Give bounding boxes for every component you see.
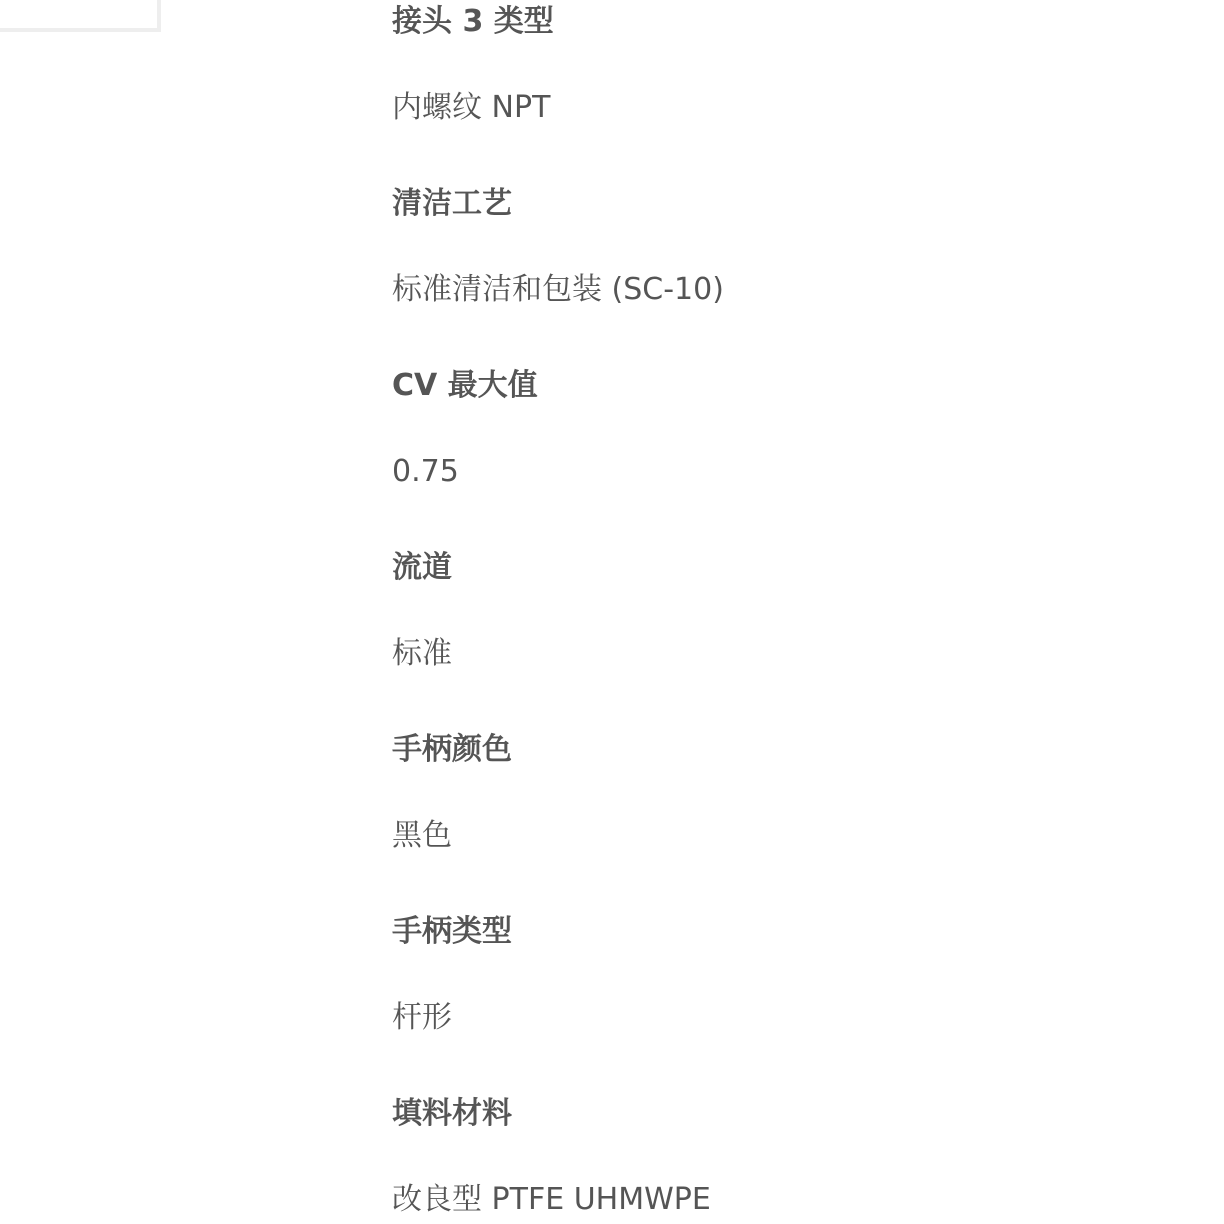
spec-value-cv-max: 0.75 [392,452,459,492]
spec-label-cv-max: CV 最大值 [392,366,538,406]
spec-label-handle-type: 手柄类型 [392,912,512,952]
spec-value-handle-type: 杆形 [392,998,452,1038]
spec-value-port3-type: 内螺纹 NPT [392,88,550,128]
spec-value-cleaning-process: 标准清洁和包装 (SC-10) [392,270,724,310]
spec-label-port3-type: 接头 3 类型 [392,2,554,42]
spec-value-handle-color: 黑色 [392,816,452,856]
spec-label-packing-material: 填料材料 [392,1094,512,1134]
spec-label-cleaning-process: 清洁工艺 [392,184,512,224]
spec-label-flow-path: 流道 [392,548,452,588]
spec-value-packing-material: 改良型 PTFE UHMWPE [392,1180,711,1220]
sidebar-panel [0,0,161,32]
spec-label-handle-color: 手柄颜色 [392,730,512,770]
product-spec-page: 接头 3 类型 内螺纹 NPT 清洁工艺 标准清洁和包装 (SC-10) CV … [0,0,1224,1224]
spec-value-flow-path: 标准 [392,634,452,674]
